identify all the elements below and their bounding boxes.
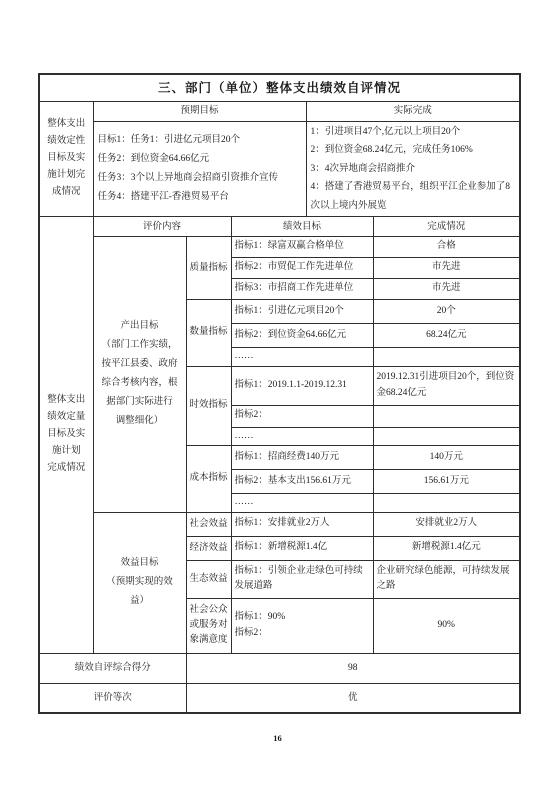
- benefit-goal-label: 效益目标 （预期实现的效 益）: [93, 512, 186, 653]
- indicator-completion-cell: 安排就业2万人: [373, 512, 520, 536]
- self-eval-score-label: 绩效自评综合得分: [39, 653, 186, 683]
- indicator-goal-cell: 指标1：90% 指标2：: [231, 598, 373, 653]
- indicator-completion-cell: 90%: [373, 598, 520, 653]
- indicator-completion-cell: 合格: [373, 237, 520, 258]
- indicator-goal-cell: ……: [231, 348, 373, 367]
- evaluation-grade-label: 评价等次: [39, 683, 186, 713]
- table-row: 三、部门（单位）整体支出绩效自评情况: [39, 74, 520, 101]
- indicator-goal-cell: 指标1：2019.1.1-2019.12.31: [231, 366, 373, 405]
- evaluation-content-header: 评价内容: [93, 217, 231, 237]
- indicator-goal-cell: 指标1：安排就业2万人: [231, 512, 373, 536]
- table-row: 产出目标 （部门工作实绩， 按平江县委、政府 综合考核内容，根 据部门实际进行 …: [39, 237, 520, 258]
- time-indicator-label: 时效指标: [186, 366, 231, 446]
- completion-status-header: 完成情况: [373, 217, 520, 237]
- indicator-completion-cell: 市先进: [373, 258, 520, 279]
- indicator-goal-cell: 指标1：招商经费140万元: [231, 446, 373, 470]
- indicator-completion-cell: 156.61万元: [373, 470, 520, 494]
- indicator-goal-cell: 指标2：到位资金64.66亿元: [231, 324, 373, 348]
- actual-completion-content: 1：引进项目47个,亿元以上项目20个 2：到位资金68.24亿元，完成任务10…: [306, 121, 520, 217]
- quality-indicator-label: 质量指标: [186, 237, 231, 300]
- performance-goal-header: 绩效目标: [231, 217, 373, 237]
- satisfaction-label: 社会公众 或服务对 象满意度: [186, 598, 231, 653]
- table-row: 评价等次 优: [39, 683, 520, 713]
- indicator-goal-cell: ……: [231, 427, 373, 446]
- quantity-indicator-label: 数量指标: [186, 300, 231, 367]
- indicator-goal-cell: 指标1：绿富双赢合格单位: [231, 237, 373, 258]
- indicator-goal-cell: 指标1：新增税源1.4亿: [231, 536, 373, 560]
- self-eval-score-value: 98: [186, 653, 520, 683]
- evaluation-grade-value: 优: [186, 683, 520, 713]
- indicator-completion-cell: 68.24亿元: [373, 324, 520, 348]
- social-benefit-label: 社会效益: [186, 512, 231, 536]
- qualitative-section-label: 整体支出 绩效定性 目标及实 施计划完 成情况: [39, 101, 93, 217]
- indicator-goal-cell: 指标2：: [231, 405, 373, 427]
- document-page: 三、部门（单位）整体支出绩效自评情况 整体支出 绩效定性 目标及实 施计划完 成…: [0, 0, 555, 785]
- table-title: 三、部门（单位）整体支出绩效自评情况: [39, 74, 520, 101]
- output-goal-label: 产出目标 （部门工作实绩， 按平江县委、政府 综合考核内容，根 据部门实际进行 …: [93, 237, 186, 513]
- indicator-completion-cell: [373, 427, 520, 446]
- indicator-completion-cell: [373, 494, 520, 513]
- economic-benefit-label: 经济效益: [186, 536, 231, 560]
- actual-completion-header: 实际完成: [306, 101, 520, 121]
- page-number: 16: [0, 733, 555, 743]
- indicator-goal-cell: 指标1：引进亿元项目20个: [231, 300, 373, 324]
- indicator-completion-cell: 2019.12.31引进项目20个，到位资金68.24亿元: [373, 366, 520, 405]
- indicator-completion-cell: 企业研究绿色能源，可持续发展之路: [373, 560, 520, 598]
- table-row: 整体支出 绩效定量 目标及实 施计划 完成情况 评价内容 绩效目标 完成情况: [39, 217, 520, 237]
- ecological-benefit-label: 生态效益: [186, 560, 231, 598]
- indicator-goal-cell: 指标1：引领企业走绿色可持续发展道路: [231, 560, 373, 598]
- indicator-goal-cell: 指标3：市招商工作先进单位: [231, 279, 373, 300]
- expected-goal-header: 预期目标: [93, 101, 306, 121]
- table-row: 效益目标 （预期实现的效 益） 社会效益 指标1：安排就业2万人 安排就业2万人: [39, 512, 520, 536]
- indicator-completion-cell: 新增税源1.4亿元: [373, 536, 520, 560]
- quantitative-section-label: 整体支出 绩效定量 目标及实 施计划 完成情况: [39, 217, 93, 654]
- indicator-completion-cell: [373, 348, 520, 367]
- table-row: 整体支出 绩效定性 目标及实 施计划完 成情况 预期目标 实际完成: [39, 101, 520, 121]
- indicator-completion-cell: [373, 405, 520, 427]
- indicator-goal-cell: ……: [231, 494, 373, 513]
- performance-self-eval-table: 三、部门（单位）整体支出绩效自评情况 整体支出 绩效定性 目标及实 施计划完 成…: [38, 73, 521, 714]
- cost-indicator-label: 成本指标: [186, 446, 231, 513]
- indicator-completion-cell: 140万元: [373, 446, 520, 470]
- expected-goal-content: 目标1：任务1：引进亿元项目20个 任务2：到位资金64.66亿元 任务3：3个…: [93, 121, 306, 217]
- indicator-completion-cell: 市先进: [373, 279, 520, 300]
- table-row: 绩效自评综合得分 98: [39, 653, 520, 683]
- table-row: 目标1：任务1：引进亿元项目20个 任务2：到位资金64.66亿元 任务3：3个…: [39, 121, 520, 217]
- indicator-goal-cell: 指标2：市贸促工作先进单位: [231, 258, 373, 279]
- indicator-completion-cell: 20个: [373, 300, 520, 324]
- indicator-goal-cell: 指标2：基本支出156.61万元: [231, 470, 373, 494]
